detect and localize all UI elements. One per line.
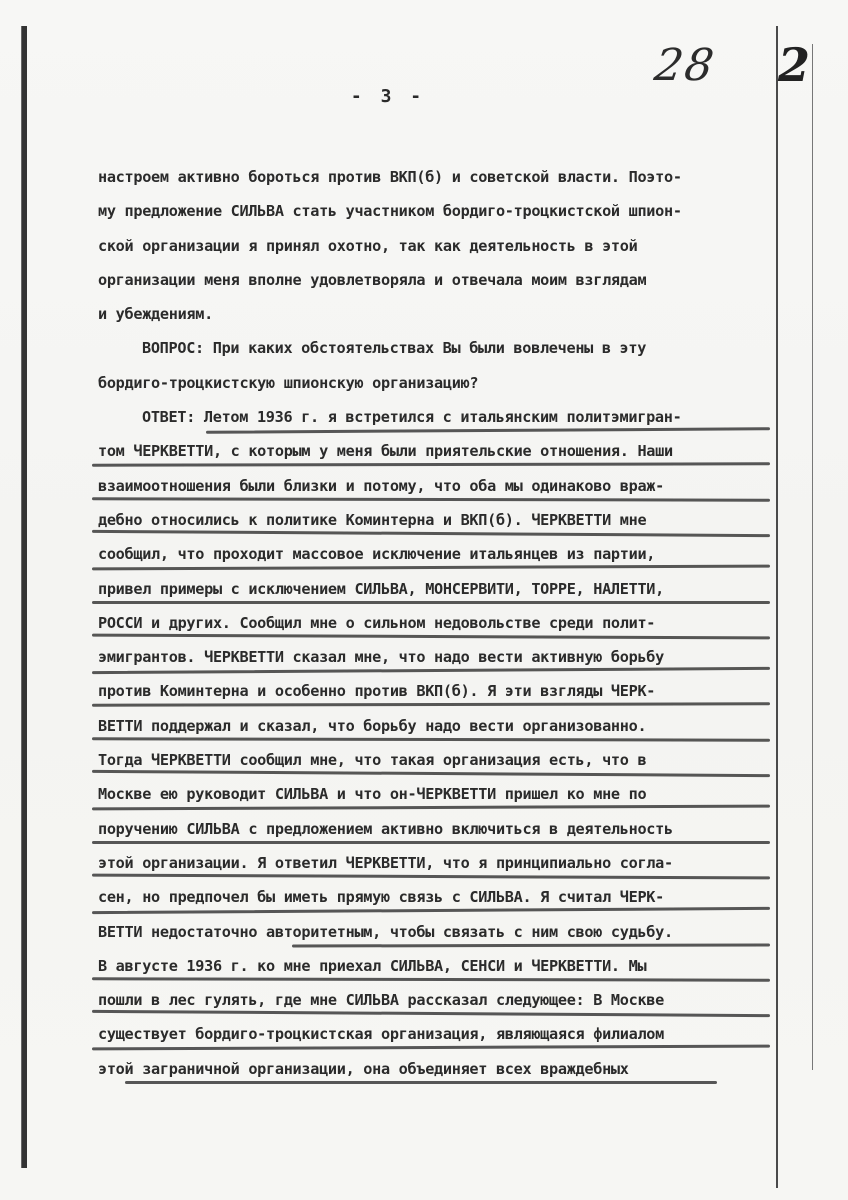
pencil-underline: [92, 977, 770, 981]
text-line: существует бордиго-троцкистская организа…: [98, 1017, 768, 1051]
pencil-underline: [92, 737, 770, 741]
text-line: РОССИ и других. Сообщил мне о сильном не…: [98, 606, 768, 640]
right-margin-rule-outer: [812, 44, 813, 1070]
text-line-content: настроем активно бороться против ВКП(б) …: [98, 168, 682, 186]
text-line: дебно относились к политике Коминтерна и…: [98, 503, 768, 537]
text-line-content: привел примеры с исключением СИЛЬВА, МОН…: [98, 580, 664, 598]
pencil-underline: [92, 601, 770, 604]
text-line-content: ской организации я принял охотно, так ка…: [98, 237, 637, 255]
text-line-content: В августе 1936 г. ко мне приехал СИЛЬВА,…: [98, 957, 646, 975]
pencil-underline: [92, 770, 770, 777]
text-line: сообщил, что проходит массовое исключени…: [98, 537, 768, 571]
text-line: том ЧЕРКВЕТТИ, с которым у меня были при…: [98, 434, 768, 468]
corner-mark: 2: [778, 38, 810, 92]
text-line: поручению СИЛЬВА с предложением активно …: [98, 812, 768, 846]
text-line-content: му предложение СИЛЬВА стать участником б…: [98, 202, 682, 220]
text-line-content: РОССИ и других. Сообщил мне о сильном не…: [98, 614, 655, 632]
text-line: В августе 1936 г. ко мне приехал СИЛЬВА,…: [98, 949, 768, 983]
text-line: и убеждениям.: [98, 297, 768, 331]
text-line-content: ВОПРОС: При каких обстоятельствах Вы был…: [98, 339, 646, 357]
text-line-content: бордиго-троцкистскую шпионскую организац…: [98, 374, 478, 392]
pencil-underline: [92, 463, 770, 467]
text-line: против Коминтерна и особенно против ВКП(…: [98, 674, 768, 708]
pencil-underline: [92, 1010, 770, 1017]
pencil-underline: [92, 497, 770, 501]
text-line: этой организации. Я ответил ЧЕРКВЕТТИ, ч…: [98, 846, 768, 880]
page-number: - 3 -: [0, 86, 776, 107]
text-line-content: взаимоотношения были близки и потому, чт…: [98, 477, 664, 495]
handwritten-folio-number: 28: [651, 40, 718, 91]
text-line: организации меня вполне удовлетворяла и …: [98, 263, 768, 297]
text-line: пошли в лес гулять, где мне СИЛЬВА расск…: [98, 983, 768, 1017]
text-line: бордиго-троцкистскую шпионскую организац…: [98, 366, 768, 400]
text-line: ВЕТТИ недостаточно авторитетным, чтобы с…: [98, 915, 768, 949]
pencil-underline: [292, 943, 770, 947]
text-line-content: против Коминтерна и особенно против ВКП(…: [98, 682, 655, 700]
pencil-underline: [92, 633, 770, 639]
text-line-content: ВЕТТИ поддержал и сказал, что борьбу над…: [98, 717, 646, 735]
text-line-content: этой заграничной организации, она объеди…: [98, 1060, 629, 1078]
pencil-underline: [92, 874, 770, 880]
text-line-content: эмигрантов. ЧЕРКВЕТТИ сказал мне, что на…: [98, 648, 664, 666]
text-line: му предложение СИЛЬВА стать участником б…: [98, 194, 768, 228]
text-line-content: сообщил, что проходит массовое исключени…: [98, 545, 655, 563]
text-line: ВЕТТИ поддержал и сказал, что борьбу над…: [98, 709, 768, 743]
text-line: сен, но предпочел бы иметь прямую связь …: [98, 880, 768, 914]
text-line-content: пошли в лес гулять, где мне СИЛЬВА расск…: [98, 991, 664, 1009]
text-line-content: сен, но предпочел бы иметь прямую связь …: [98, 888, 664, 906]
text-line: привел примеры с исключением СИЛЬВА, МОН…: [98, 572, 768, 606]
text-line-content: ВЕТТИ недостаточно авторитетным, чтобы с…: [98, 923, 673, 941]
left-margin-rule: [21, 26, 27, 1168]
pencil-underline: [92, 805, 770, 811]
text-line: ВОПРОС: При каких обстоятельствах Вы был…: [98, 331, 768, 365]
right-margin-rule: [776, 26, 778, 1188]
pencil-underline: [92, 667, 770, 674]
text-line-content: Москве ею руководит СИЛЬВА и что он-ЧЕРК…: [98, 785, 646, 803]
text-line-content: организации меня вполне удовлетворяла и …: [98, 271, 646, 289]
text-line-content: дебно относились к политике Коминтерна и…: [98, 511, 646, 529]
pencil-underline: [92, 530, 770, 537]
text-line-content: Тогда ЧЕРКВЕТТИ сообщил мне, что такая о…: [98, 751, 646, 769]
text-line-content: поручению СИЛЬВА с предложением активно …: [98, 820, 673, 838]
pencil-underline: [92, 565, 770, 571]
text-line: этой заграничной организации, она объеди…: [98, 1052, 768, 1086]
text-line: эмигрантов. ЧЕРКВЕТТИ сказал мне, что на…: [98, 640, 768, 674]
text-line: настроем активно бороться против ВКП(б) …: [98, 160, 768, 194]
document-page: 28 2 - 3 - настроем активно бороться про…: [0, 0, 848, 1200]
text-line: взаимоотношения были близки и потому, чт…: [98, 469, 768, 503]
pencil-underline: [92, 841, 770, 844]
text-line-content: ОТВЕТ: Летом 1936 г. я встретился с итал…: [98, 408, 681, 426]
text-line-content: существует бордиго-троцкистская организа…: [98, 1025, 664, 1043]
text-line: ОТВЕТ: Летом 1936 г. я встретился с итал…: [98, 400, 768, 434]
text-line: Москве ею руководит СИЛЬВА и что он-ЧЕРК…: [98, 777, 768, 811]
text-line-content: этой организации. Я ответил ЧЕРКВЕТТИ, ч…: [98, 854, 673, 872]
text-line-content: том ЧЕРКВЕТТИ, с которым у меня были при…: [98, 442, 673, 460]
typed-body-text: настроем активно бороться против ВКП(б) …: [98, 160, 768, 1086]
pencil-underline: [125, 1081, 716, 1084]
text-line: Тогда ЧЕРКВЕТТИ сообщил мне, что такая о…: [98, 743, 768, 777]
pencil-underline: [92, 1045, 770, 1051]
pencil-underline: [92, 907, 770, 914]
text-line-content: и убеждениям.: [98, 305, 213, 323]
pencil-underline: [92, 703, 770, 707]
text-line: ской организации я принял охотно, так ка…: [98, 229, 768, 263]
pencil-underline: [206, 427, 770, 434]
